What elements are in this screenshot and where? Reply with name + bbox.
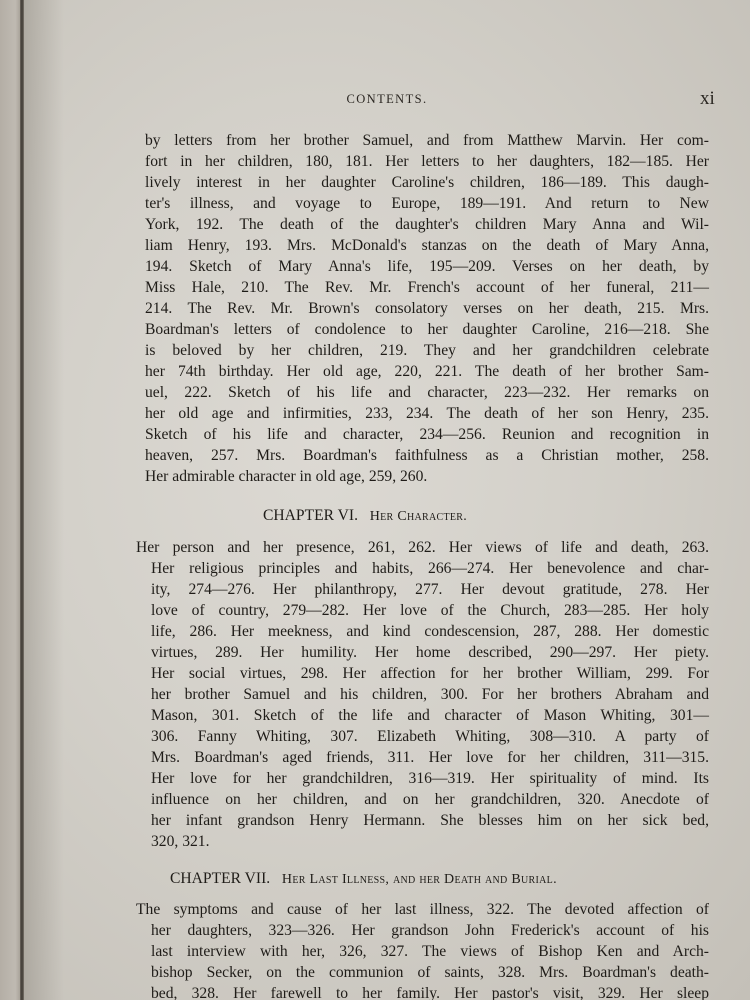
text-line: uel, 222. Sketch of his life and charact… [145, 383, 709, 402]
text-line: Her love for her grandchildren, 316—319.… [151, 769, 709, 788]
text-line: York, 192. The death of the daughter's c… [145, 215, 709, 234]
text-line: is beloved by her children, 219. They an… [145, 341, 709, 360]
facing-page-edge [0, 0, 22, 1000]
text-line: liam Henry, 193. Mrs. McDonald's stanzas… [145, 236, 709, 255]
text-line: 306. Fanny Whiting, 307. Elizabeth Whiti… [151, 727, 709, 746]
text-line: her infant grandson Henry Hermann. She b… [151, 811, 709, 830]
text-line: fort in her children, 180, 181. Her lett… [145, 152, 709, 171]
text-line: her brother Samuel and his children, 300… [151, 685, 709, 704]
chapter-number: CHAPTER VI. [263, 507, 358, 524]
chapter-7-heading: CHAPTER VII. Her Last Illness, and her D… [170, 869, 557, 889]
text-line: her 74th birthday. Her old age, 220, 221… [145, 362, 709, 381]
chapter-number: CHAPTER VII. [170, 870, 270, 887]
text-line: last interview with her, 326, 327. The v… [151, 942, 709, 961]
text-line: bed, 328. Her farewell to her family. He… [151, 984, 709, 1000]
text-line: heaven, 257. Mrs. Boardman's faithfulnes… [145, 446, 709, 465]
text-line: 194. Sketch of Mary Anna's life, 195—209… [145, 257, 709, 276]
text-line: lively interest in her daughter Caroline… [145, 173, 709, 192]
chapter-title: Her Last Illness, and her Death and Buri… [282, 872, 557, 887]
text-line: 320, 321. [151, 832, 209, 851]
text-line: love of country, 279—282. Her love of th… [151, 601, 709, 620]
text-line: by letters from her brother Samuel, and … [145, 131, 709, 150]
text-line: Sketch of his life and character, 234—25… [145, 425, 709, 444]
chapter-6-heading: CHAPTER VI. Her Character. [263, 506, 467, 526]
text-line: ter's illness, and voyage to Europe, 189… [145, 194, 709, 213]
text-line: Miss Hale, 210. The Rev. Mr. French's ac… [145, 278, 709, 297]
text-line: bishop Secker, on the communion of saint… [151, 963, 709, 982]
text-line: 214. The Rev. Mr. Brown's consolatory ve… [145, 299, 709, 318]
text-line: The symptoms and cause of her last illne… [136, 900, 709, 919]
text-line: Boardman's letters of condolence to her … [145, 320, 709, 339]
text-line: influence on her children, and on her gr… [151, 790, 709, 809]
text-line: virtues, 289. Her humility. Her home des… [151, 643, 709, 662]
chapter-title: Her Character. [370, 509, 467, 524]
text-line: her old age and infirmities, 233, 234. T… [145, 404, 709, 423]
page-number: xi [700, 88, 715, 110]
text-line: Mrs. Boardman's aged friends, 311. Her l… [151, 748, 709, 767]
text-line: Her admirable character in old age, 259,… [145, 467, 427, 486]
running-head: CONTENTS. [24, 92, 750, 107]
book-page: CONTENTS. xi by letters from her brother… [24, 0, 750, 1000]
text-line: Her person and her presence, 261, 262. H… [136, 538, 709, 557]
text-line: life, 286. Her meekness, and kind condes… [151, 622, 709, 641]
text-line: ity, 274—276. Her philanthropy, 277. Her… [151, 580, 709, 599]
text-line: Her social virtues, 298. Her affection f… [151, 664, 709, 683]
text-line: Her religious principles and habits, 266… [151, 559, 709, 578]
text-line: Mason, 301. Sketch of the life and chara… [151, 706, 709, 725]
text-line: her daughters, 323—326. Her grandson Joh… [151, 921, 709, 940]
